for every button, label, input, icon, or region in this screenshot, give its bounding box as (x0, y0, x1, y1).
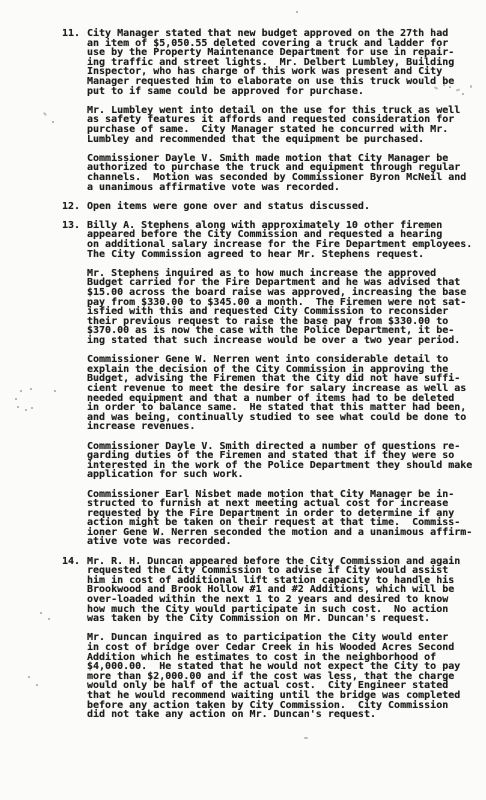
scan-artifact (48, 618, 50, 620)
paragraph: Billy A. Stephens along with approximate… (87, 221, 480, 259)
item-number: 12. (62, 202, 87, 212)
scan-artifact (43, 112, 47, 116)
minutes-item-14: 14. Mr. R. H. Duncan appeared before the… (62, 557, 480, 730)
scan-artifact (304, 737, 308, 739)
scan-artifact (20, 390, 22, 392)
scan-artifact (111, 40, 113, 42)
scan-artifact (15, 398, 17, 400)
paragraph: Commissioner Gene W. Nerren went into co… (87, 355, 480, 432)
item-body: City Manager stated that new budget appr… (87, 29, 480, 202)
paragraph: Open items were gone over and status dis… (87, 202, 480, 212)
scan-artifact (52, 121, 54, 123)
scan-artifact (462, 93, 464, 95)
scan-artifact (31, 407, 33, 409)
paragraph: Mr. Duncan inquired as to participation … (87, 633, 480, 719)
item-body: Billy A. Stephens along with approximate… (87, 221, 480, 557)
item-number: 13. (62, 221, 87, 231)
scan-artifact (28, 676, 30, 678)
scan-artifact (54, 390, 56, 392)
minutes-text-block: 11. City Manager stated that new budget … (62, 29, 480, 729)
minutes-item-12: 12. Open items were gone over and status… (62, 202, 480, 221)
item-body: Mr. R. H. Duncan appeared before the Cit… (87, 557, 480, 730)
paragraph: Mr. Stephens inquired as to how much inc… (87, 269, 480, 346)
paragraph: City Manager stated that new budget appr… (87, 29, 480, 96)
scan-artifact (30, 388, 32, 390)
item-number: 11. (62, 29, 87, 39)
scan-artifact (25, 409, 27, 411)
paragraph: Commissioner Earl Nisbet made motion tha… (87, 490, 480, 548)
scan-artifact (36, 684, 38, 686)
paragraph: Commissioner Dayle V. Smith made motion … (87, 154, 480, 192)
scan-artifact (470, 85, 472, 88)
scan-artifact (17, 406, 19, 408)
scan-artifact (443, 84, 445, 86)
item-body: Open items were gone over and status dis… (87, 202, 480, 221)
scan-artifact (449, 86, 451, 88)
paragraph: Mr. Lumbley went into detail on the use … (87, 106, 480, 144)
document-page: 11. City Manager stated that new budget … (0, 0, 486, 800)
item-number: 14. (62, 557, 87, 567)
minutes-item-11: 11. City Manager stated that new budget … (62, 29, 480, 202)
paragraph: Commissioner Dayle V. Smith directed a n… (87, 442, 480, 480)
paragraph: Mr. R. H. Duncan appeared before the Cit… (87, 557, 480, 624)
minutes-item-13: 13. Billy A. Stephens along with approxi… (62, 221, 480, 557)
scan-artifact (296, 11, 298, 13)
scan-artifact (40, 612, 42, 614)
